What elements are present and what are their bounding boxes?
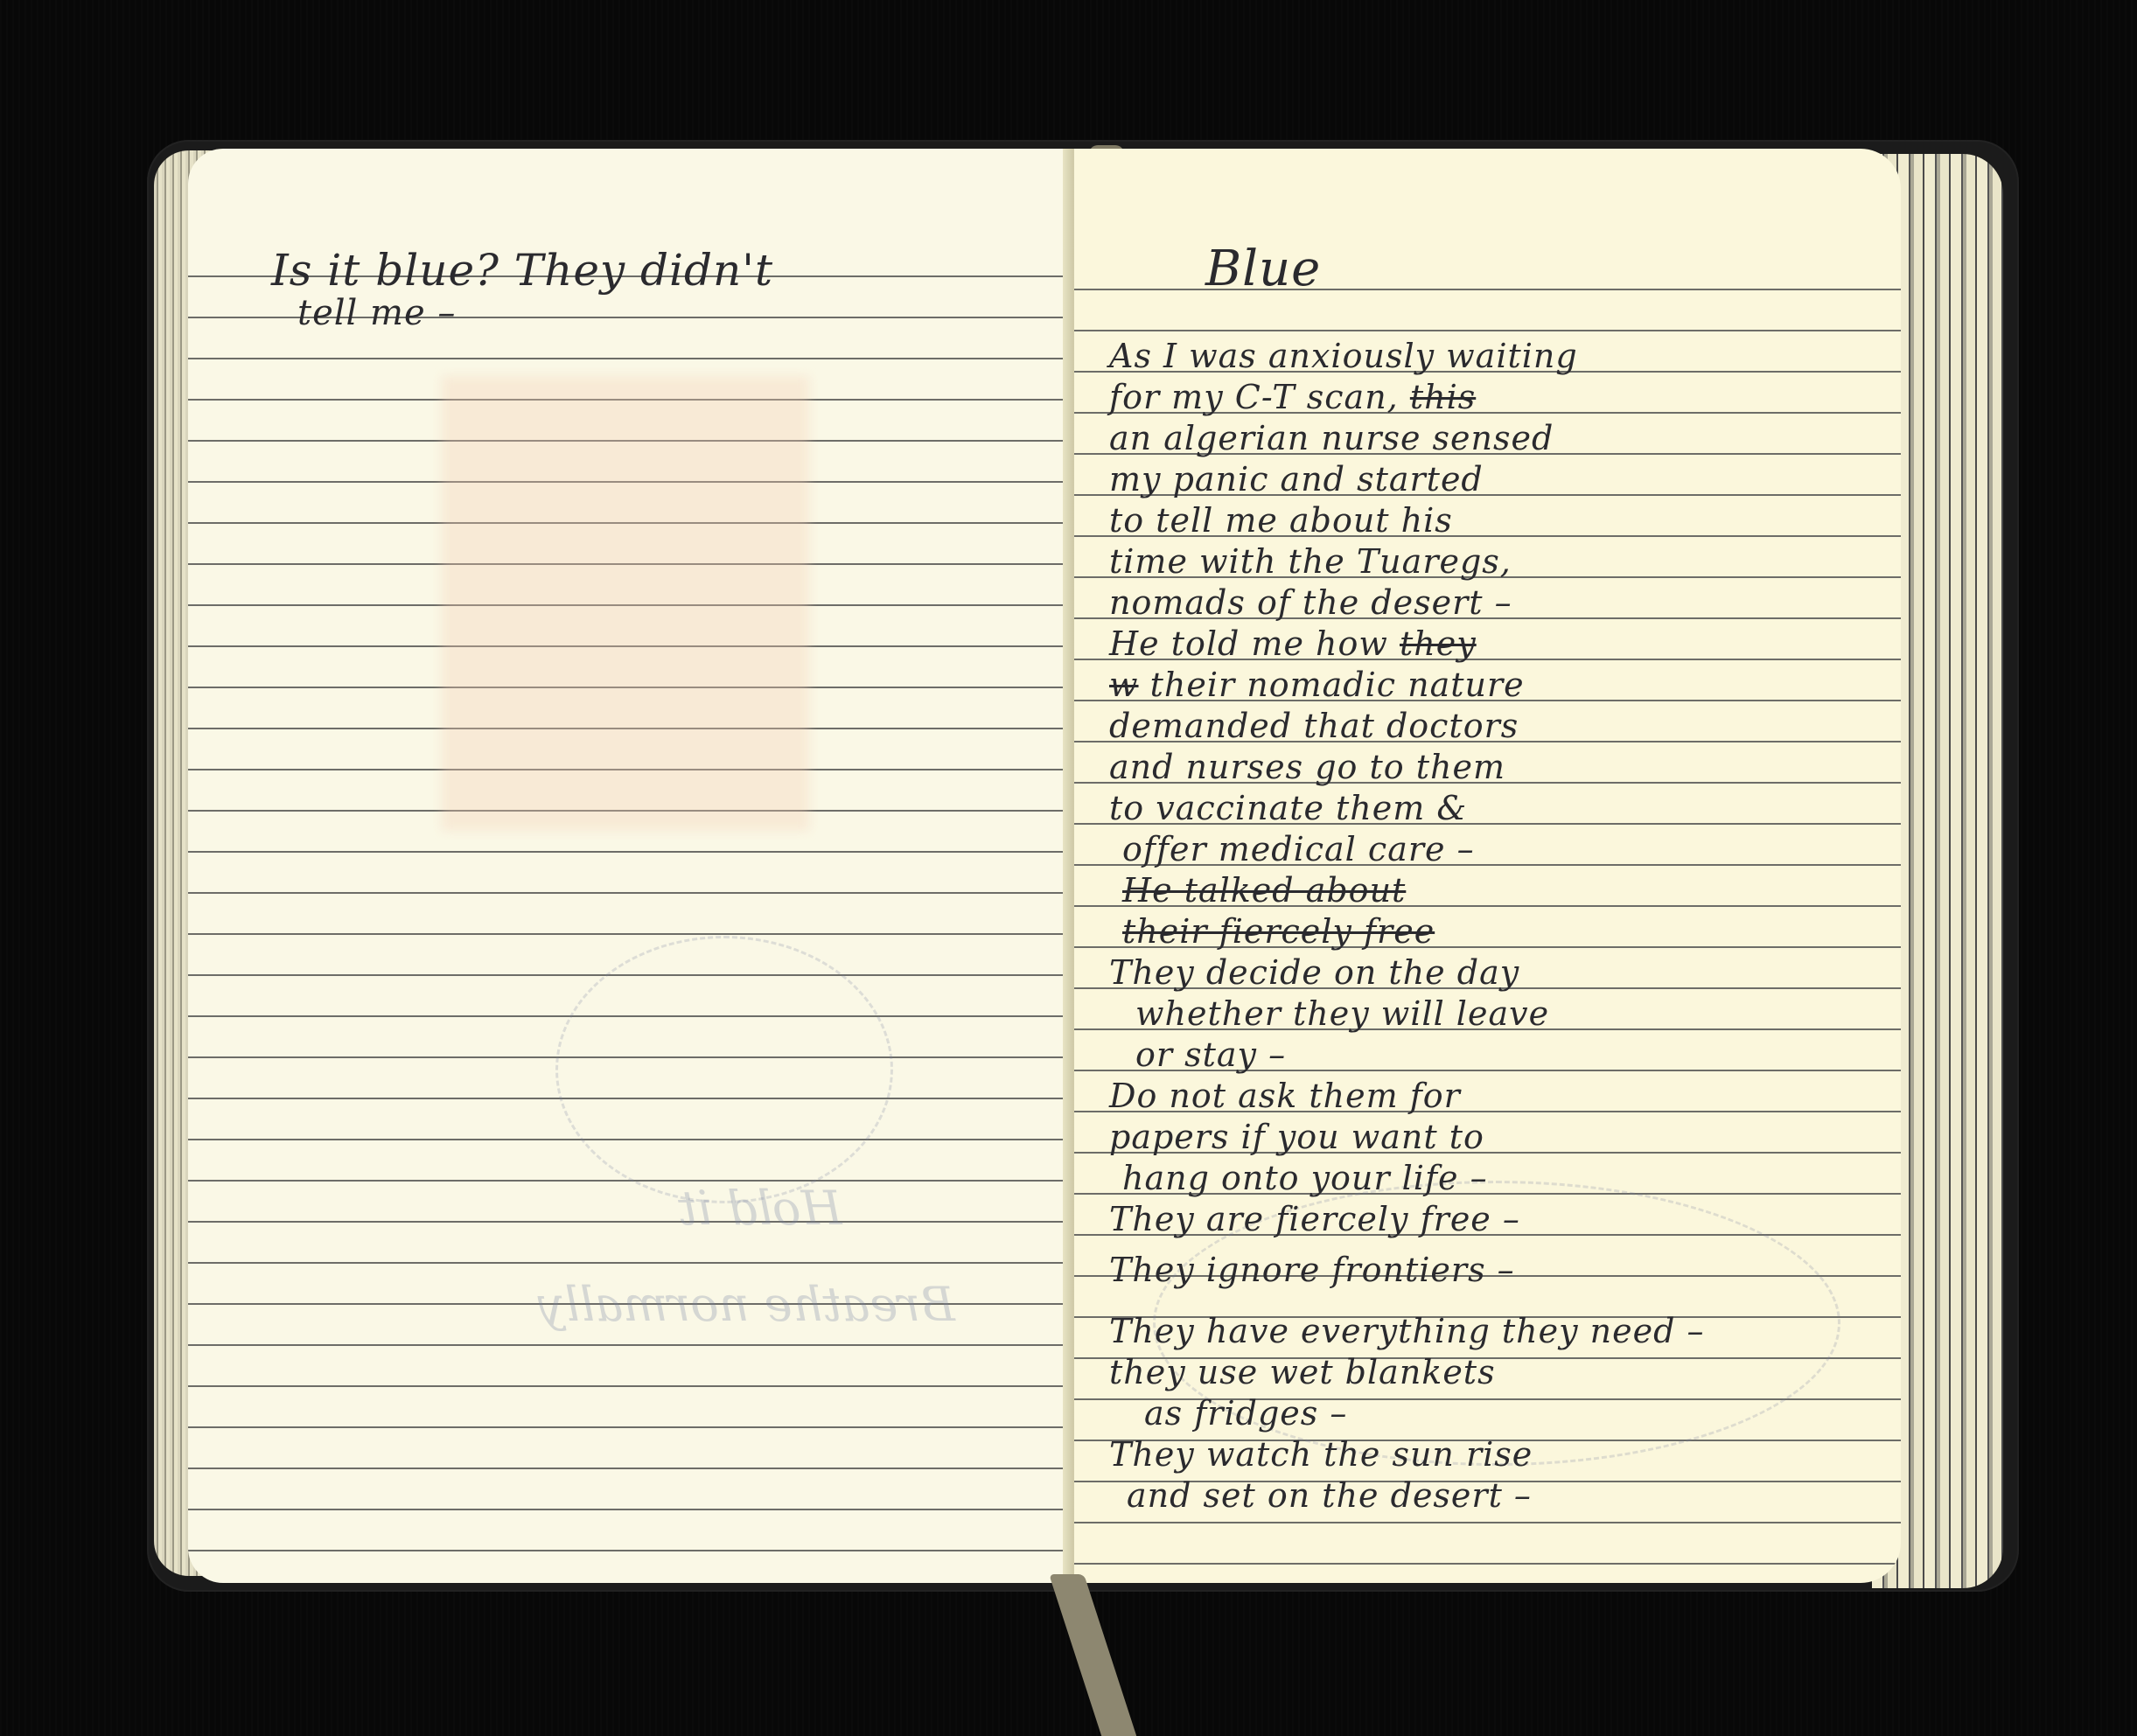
bleed-through-text: Breathe normally xyxy=(538,1277,955,1332)
handwritten-line: to vaccinate them & xyxy=(1109,789,1467,827)
handwritten-line: They have everything they need – xyxy=(1109,1312,1705,1350)
bleed-through-scribble xyxy=(555,936,893,1203)
handwritten-line: and nurses go to them xyxy=(1109,748,1505,786)
handwritten-line: they use wet blankets xyxy=(1109,1353,1496,1391)
handwritten-line: They ignore frontiers – xyxy=(1109,1251,1515,1289)
handwritten-line: tell me – xyxy=(297,293,456,333)
handwritten-line: to tell me about his xyxy=(1109,501,1453,540)
handwritten-line: Do not ask them for xyxy=(1109,1077,1461,1115)
handwritten-line: They decide on the day xyxy=(1109,953,1519,992)
page-title: Blue xyxy=(1205,241,1321,297)
handwritten-line: or stay – xyxy=(1135,1035,1286,1074)
handwritten-line: my panic and started xyxy=(1109,460,1484,498)
handwritten-line: Is it blue? They didn't xyxy=(271,245,773,296)
handwritten-line: for my C-T scan, this xyxy=(1109,378,1476,416)
handwritten-line: time with the Tuaregs, xyxy=(1109,542,1512,581)
handwritten-line: nomads of the desert – xyxy=(1109,583,1512,622)
handwritten-line: They are fiercely free – xyxy=(1109,1200,1520,1238)
handwritten-line: They watch the sun rise xyxy=(1109,1435,1533,1474)
handwritten-line: whether they will leave xyxy=(1135,994,1549,1033)
handwritten-line: offer medical care – xyxy=(1122,830,1475,868)
handwritten-line: and set on the desert – xyxy=(1127,1476,1532,1515)
bleed-through-stain xyxy=(442,376,809,831)
struck-line: He talked about xyxy=(1122,871,1406,910)
left-page: Hold it Breathe normally Is it blue? The… xyxy=(188,149,1072,1583)
handwritten-line: an algerian nurse sensed xyxy=(1109,419,1554,457)
handwritten-line: papers if you want to xyxy=(1109,1118,1484,1156)
handwritten-line: As I was anxiously waiting xyxy=(1109,337,1578,375)
handwritten-line: hang onto your life – xyxy=(1122,1159,1488,1197)
handwritten-line: as fridges – xyxy=(1144,1394,1347,1433)
bleed-through-text: Hold it xyxy=(678,1181,842,1236)
handwritten-line: demanded that doctors xyxy=(1109,707,1519,745)
right-page: Blue As I was anxiously waiting for my C… xyxy=(1074,149,1901,1583)
struck-line: their fiercely free xyxy=(1122,912,1435,951)
handwritten-line: w their nomadic nature xyxy=(1109,666,1525,704)
handwritten-line: He told me how they xyxy=(1109,624,1477,663)
